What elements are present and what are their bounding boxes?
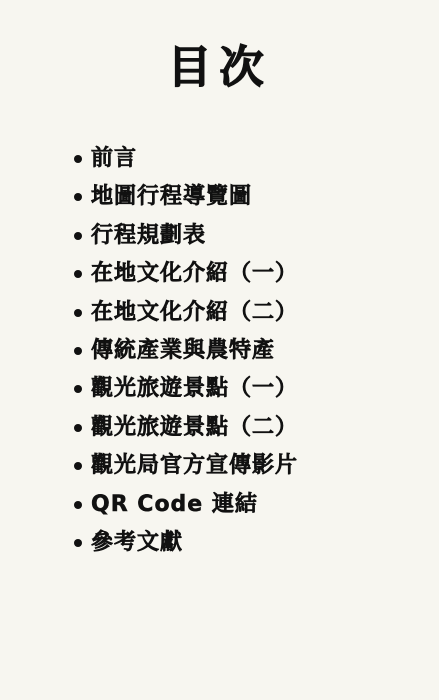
bullet-icon (74, 155, 82, 163)
toc-item-label: 在地文化介紹（二） (91, 300, 298, 325)
bullet-icon (74, 385, 82, 393)
toc-item-references: 參考文獻 (72, 524, 298, 562)
toc-item-label: 參考文獻 (91, 530, 183, 555)
toc-item-itinerary-plan: 行程規劃表 (72, 217, 298, 255)
bullet-icon (74, 424, 82, 432)
toc-item-map-itinerary: 地圖行程導覽圖 (72, 178, 298, 216)
bullet-icon (74, 270, 82, 278)
toc-item-label: 前言 (91, 146, 137, 171)
toc-item-label: 地圖行程導覽圖 (91, 184, 252, 209)
bullet-icon (74, 193, 82, 201)
toc-item-label: QR Code 連結 (91, 492, 258, 517)
page-title: 目次 (0, 40, 439, 96)
toc-item-traditional-industry: 傳統產業與農特產 (72, 332, 298, 370)
toc-item-label: 觀光旅遊景點（一） (91, 376, 298, 401)
bullet-icon (74, 539, 82, 547)
bullet-icon (74, 462, 82, 470)
toc-item-label: 行程規劃表 (91, 223, 206, 248)
toc-item-qr-code-links: QR Code 連結 (72, 486, 298, 524)
toc-item-tourist-spots-1: 觀光旅遊景點（一） (72, 370, 298, 408)
toc-item-label: 觀光旅遊景點（二） (91, 415, 298, 440)
bullet-icon (74, 347, 82, 355)
table-of-contents-page: 目次 前言 地圖行程導覽圖 行程規劃表 在地文化介紹（一） 在地文化介紹（二） … (0, 0, 439, 700)
toc-item-label: 觀光局官方宣傳影片 (91, 453, 298, 478)
toc-item-preface: 前言 (72, 140, 298, 178)
toc-list: 前言 地圖行程導覽圖 行程規劃表 在地文化介紹（一） 在地文化介紹（二） 傳統產… (72, 140, 298, 562)
toc-item-local-culture-2: 在地文化介紹（二） (72, 294, 298, 332)
bullet-icon (74, 501, 82, 509)
bullet-icon (74, 232, 82, 240)
toc-item-label: 傳統產業與農特產 (91, 338, 275, 363)
toc-item-tourist-spots-2: 觀光旅遊景點（二） (72, 409, 298, 447)
toc-item-local-culture-1: 在地文化介紹（一） (72, 255, 298, 293)
bullet-icon (74, 309, 82, 317)
toc-item-promo-video: 觀光局官方宣傳影片 (72, 447, 298, 485)
toc-item-label: 在地文化介紹（一） (91, 261, 298, 286)
